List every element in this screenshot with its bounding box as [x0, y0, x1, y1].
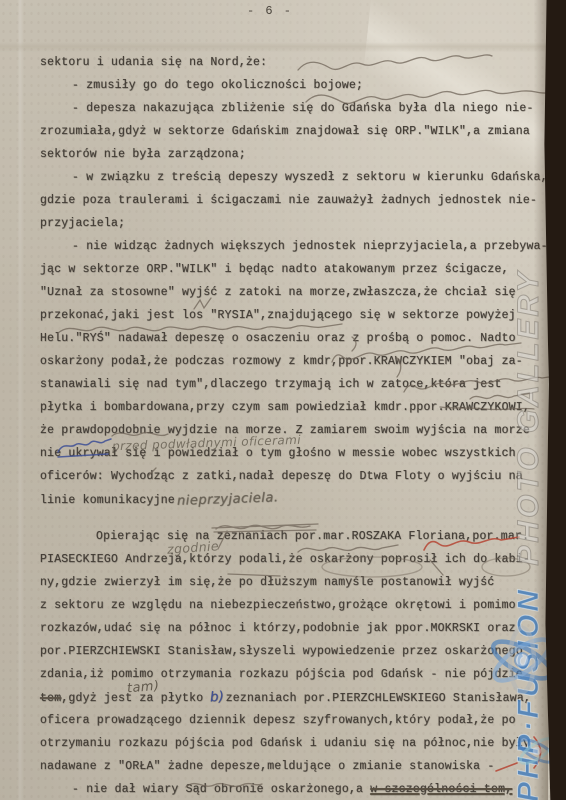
typed-text: sektoru i udania się na Nord,że:- zmusił…: [40, 51, 552, 800]
typed-segment: oficera prowadzącego dziennik depesz szy…: [40, 714, 516, 727]
typed-line: ny,gdzie zwierzył im się,że po dłuższym …: [40, 571, 552, 594]
typed-segment: rozkazów,udać się na północ i którzy,pod…: [40, 622, 516, 635]
typed-line: rozkazów,udać się na północ i którzy,pod…: [40, 617, 552, 640]
typed-segment: - w związku z treścią depeszy wyszedł z …: [72, 171, 548, 184]
typed-line: PIASECKIEGO Andrzeja,którzy podali,że os…: [40, 548, 552, 571]
typed-segment: - nie dał wiary Sąd obronie oskarżonego,…: [72, 783, 370, 796]
typed-segment: Helu."RYŚ" nadawał depeszę o osaczeniu o…: [40, 332, 516, 345]
typed-line: sektorów nie była zarządzona;: [40, 143, 552, 166]
typed-segment: z sektoru ze względu na niebezpieczeństw…: [40, 599, 516, 612]
typed-line: por.PIERZCHIEWSKI Stanisław,słyszeli wyp…: [40, 640, 552, 663]
typed-line: - w związku z treścią depeszy wyszedł z …: [40, 166, 552, 189]
typed-line: jąc w sektorze ORP."WILK" i będąc nadto …: [40, 258, 552, 281]
typed-segment: tem: [40, 692, 61, 705]
typed-segment: jąc w sektorze ORP."WILK" i będąc nadto …: [40, 263, 509, 276]
typed-segment: - zmusiły go do tego okoliczności bojowe…: [72, 79, 363, 92]
typed-segment: ny,gdzie zwierzył im się,że po dłuższym …: [40, 576, 494, 589]
typed-line: z sektoru ze względu na niebezpieczeństw…: [40, 594, 552, 617]
typed-line: płytka i bombardowana,przy czym sam powi…: [40, 396, 552, 419]
typed-segment: oskarżony podał,że podczas rozmowy z kmd…: [40, 355, 523, 368]
typed-segment: sektorów nie była zarządzona;: [40, 148, 246, 161]
typed-segment: przekonać,jaki jest los "RYSIA",znajdują…: [40, 309, 516, 322]
typed-segment: zrozumiała,gdyż w sektorze Gdańskim znaj…: [40, 125, 530, 138]
typed-segment: "Uznał za stosowne" wyjść z zatoki na mo…: [40, 286, 516, 299]
typed-line: stanawiali się nad tym",dlaczego trzymaj…: [40, 373, 552, 396]
typed-segment: oficerów: Wychodząc z zatki,nadał depesz…: [40, 470, 523, 483]
typed-segment: przyjaciela;: [40, 217, 125, 230]
typed-line: "Uznał za stosowne" wyjść z zatoki na mo…: [40, 281, 552, 304]
typed-line: oficerów: Wychodząc z zatki,nadał depesz…: [40, 465, 552, 488]
typed-line: przyjaciela;: [40, 212, 552, 235]
typed-line: - depesza nakazująca zbliżenie się do Gd…: [40, 97, 552, 120]
typed-line: zrozumiała,gdyż w sektorze Gdańskim znaj…: [40, 120, 552, 143]
handwritten-note-tam: tam): [126, 679, 160, 697]
typed-line: tem,gdyż jest za płytko b)zeznaniach por…: [40, 686, 552, 709]
typed-segment: PIASECKIEGO Andrzeja,którzy podali,że os…: [40, 553, 530, 566]
typed-line: Helu."RYŚ" nadawał depeszę o osaczeniu o…: [40, 327, 552, 350]
typed-segment: Opierając się na zeznaniach por.mar.ROSZ…: [96, 530, 529, 543]
typed-segment: - nie widząc żadnych większych jednostek…: [72, 240, 548, 253]
typed-segment: stanawiali się nad tym",dlaczego trzymaj…: [40, 378, 502, 391]
typed-segment: nadawane z "ORŁA" żadne depesze,meldując…: [40, 760, 494, 773]
typed-line: zdania,iż pomimo otrzymania rozkazu pójś…: [40, 663, 552, 686]
typed-segment: w szczególności tem,: [370, 783, 512, 796]
typed-line: oskarżony podał,że podczas rozmowy z kmd…: [40, 350, 552, 373]
typed-line: sektoru i udania się na Nord,że:: [40, 51, 552, 74]
typed-line: Opierając się na zeznaniach por.mar.ROSZ…: [40, 525, 552, 548]
typed-segment: zdania,iż pomimo otrzymania rozkazu pójś…: [40, 668, 523, 681]
handwritten-note: nieprzyjaciela.: [177, 486, 279, 513]
handwritten-note: b): [210, 686, 226, 710]
typed-segment: gdzie poza traulerami i ścigaczami nie z…: [40, 194, 537, 207]
typed-segment: por.PIERZCHIEWSKI Stanisław,słyszeli wyp…: [40, 645, 523, 658]
typed-line: linie komunikacyjnenieprzyjaciela.: [40, 488, 552, 511]
typed-line: otrzymaniu rozkazu pójścia pod Gdańsk i …: [40, 732, 552, 755]
typed-line: - nie widząc żadnych większych jednostek…: [40, 235, 552, 258]
typed-segment: płytka i bombardowana,przy czym sam powi…: [40, 401, 530, 414]
typed-segment: - depesza nakazująca zbliżenie się do Gd…: [72, 102, 534, 115]
typed-segment: sektoru i udania się na Nord,że:: [40, 56, 267, 69]
typed-line: - nie dał wiary Sąd obronie oskarżonego,…: [40, 778, 552, 800]
page-number: - 6 -: [0, 4, 540, 18]
typed-segment: linie komunikacyjne: [40, 494, 175, 507]
typed-line: oficera prowadzącego dziennik depesz szy…: [40, 709, 552, 732]
typed-line: - zmusiły go do tego okoliczności bojowe…: [40, 74, 552, 97]
typed-line: przekonać,jaki jest los "RYSIA",znajdują…: [40, 304, 552, 327]
typed-line: nadawane z "ORŁA" żadne depesze,meldując…: [40, 755, 552, 778]
typed-segment: otrzymaniu rozkazu pójścia pod Gdańsk i …: [40, 737, 530, 750]
typed-line: gdzie poza traulerami i ścigaczami nie z…: [40, 189, 552, 212]
